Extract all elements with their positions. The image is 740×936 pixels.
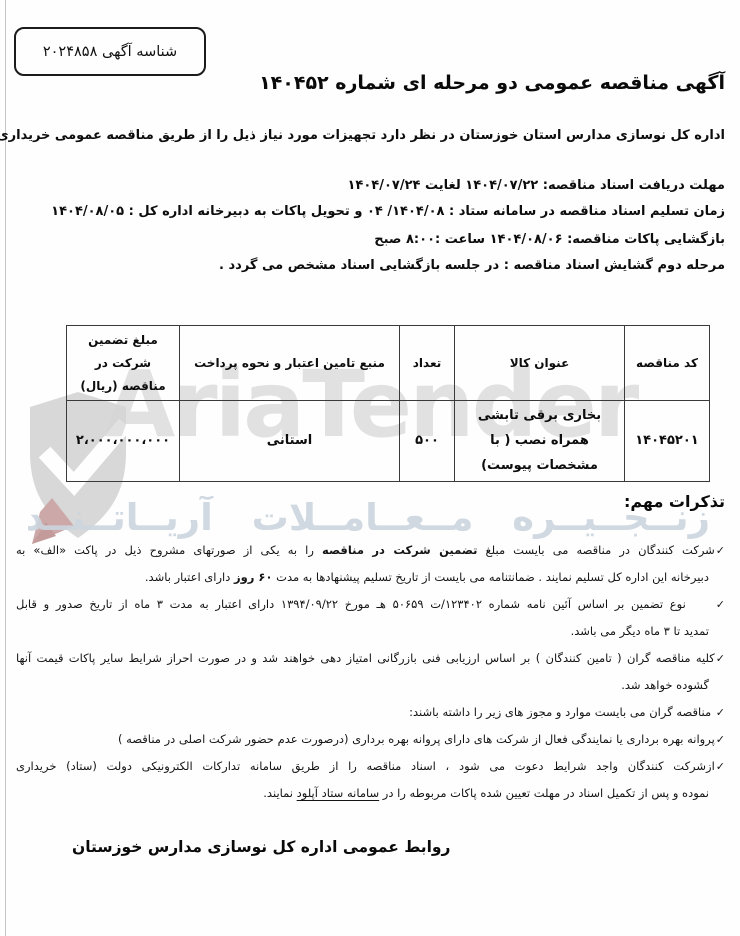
cell-funding-source: استانی xyxy=(180,401,400,482)
persian-watermark-text: زنــجــیــره مــعــامــلات آریــاتــنــد… xyxy=(28,496,710,539)
note-guarantee-line-2: دبیرخانه این اداره کل تسلیم نمایند . ضما… xyxy=(16,564,725,591)
note-bold-guarantee: تضمین شرکت در مناقصه xyxy=(322,543,477,557)
note-guarantee-type-line-1: ✓نوع تضمین بر اساس آئین نامه شماره ۱۲۳۴۰… xyxy=(16,591,725,618)
note-text: نموده و پس از تکمیل اسناد در مهلت تعیین … xyxy=(379,786,709,800)
cell-item-title: بخاری برقی تابشی همراه نصب ( با مشخصات پ… xyxy=(455,401,625,482)
footer-signature: روابط عمومی اداره کل نوسازی مدارس خوزستا… xyxy=(72,838,450,856)
note-bold-60-days: ۶۰ روز xyxy=(234,570,272,584)
note-text: ازشرکت کنندگان واجد شرایط دعوت می شود ، … xyxy=(16,759,715,773)
note-evaluation-line-1: ✓کلیه مناقصه گران ( تامین کنندگان ) بر ا… xyxy=(16,645,725,672)
notes-list: ✓شرکت کنندگان در مناقصه می بایست مبلغ تض… xyxy=(16,537,725,807)
note-text: پروانه بهره برداری یا نمایندگی فعال از ش… xyxy=(118,732,715,746)
table-row: ۱۴۰۴۵۲۰۱ بخاری برقی تابشی همراه نصب ( با… xyxy=(67,401,710,482)
note-guarantee-line-1: ✓شرکت کنندگان در مناقصه می بایست مبلغ تض… xyxy=(16,537,725,564)
col-header-funding-source: منبع تامین اعتبار و نحوه پرداخت xyxy=(180,326,400,401)
col-header-quantity: تعداد xyxy=(400,326,455,401)
checkmark-icon: ✓ xyxy=(716,726,725,753)
col-header-item-title: عنوان کالا xyxy=(455,326,625,401)
note-text: را به یکی از صورتهای مشروح ذیل در پاکت «… xyxy=(16,543,322,557)
note-text: شرکت کنندگان در مناقصه می بایست مبلغ xyxy=(477,543,714,557)
cell-guarantee-amount: ۲،۰۰۰،۰۰۰،۰۰۰ xyxy=(67,401,180,482)
intro-line: اداره کل نوسازی مدارس استان خوزستان در ن… xyxy=(0,128,725,143)
note-underlined-setad-upload: سامانه ستاد آپلود xyxy=(297,786,379,800)
note-requirements-intro: ✓ مناقصه گران می بایست موارد و مجوز های … xyxy=(16,699,725,726)
note-text: نوع تضمین بر اساس آئین نامه شماره ۱۲۳۴۰۲… xyxy=(16,597,686,611)
note-evaluation-line-2: گشوده خواهد شد. xyxy=(16,672,725,699)
opening-line: بازگشایی پاکات مناقصه: ۱۴۰۴/۰۸/۰۶ ساعت :… xyxy=(374,232,725,247)
deadline-line: مهلت دریافت اسناد مناقصه: ۱۴۰۴/۰۷/۲۲ لغا… xyxy=(347,178,725,193)
note-text: دارای اعتبار باشد. xyxy=(145,570,234,584)
tender-table: کد مناقصه عنوان کالا تعداد منبع تامین اع… xyxy=(66,325,710,482)
col-header-guarantee-amount: مبلغ تضمین شرکت در مناقصه (ریال) xyxy=(67,326,180,401)
note-setad-line-1: ✓ازشرکت کنندگان واجد شرایط دعوت می شود ،… xyxy=(16,753,725,780)
checkmark-icon: ✓ xyxy=(716,753,725,780)
page-title: آگهی مناقصه عمومی دو مرحله ای شماره ۱۴۰۴… xyxy=(259,72,725,94)
ad-id-text: شناسه آگهی ۲۰۲۴۸۵۸ xyxy=(43,44,177,60)
checkmark-icon: ✓ xyxy=(716,591,725,618)
note-text: نمایند. xyxy=(263,786,296,800)
col-header-tender-code: کد مناقصه xyxy=(625,326,710,401)
checkmark-icon: ✓ xyxy=(716,537,725,564)
note-license-line: ✓پروانه بهره برداری یا نمایندگی فعال از … xyxy=(16,726,725,753)
checkmark-icon: ✓ xyxy=(716,699,725,726)
table-header-row: کد مناقصه عنوان کالا تعداد منبع تامین اع… xyxy=(67,326,710,401)
cell-quantity: ۵۰۰ xyxy=(400,401,455,482)
note-guarantee-type-line-2: تمدید تا ۳ ماه دیگر می باشد. xyxy=(16,618,725,645)
second-stage-line: مرحله دوم گشایش اسناد مناقصه : در جلسه ب… xyxy=(219,258,725,273)
checkmark-icon: ✓ xyxy=(716,645,725,672)
note-setad-line-2: نموده و پس از تکمیل اسناد در مهلت تعیین … xyxy=(16,780,725,807)
note-text: دبیرخانه این اداره کل تسلیم نمایند . ضما… xyxy=(272,570,709,584)
ad-id-box: شناسه آگهی ۲۰۲۴۸۵۸ xyxy=(14,27,206,76)
cell-tender-code: ۱۴۰۴۵۲۰۱ xyxy=(625,401,710,482)
note-text: مناقصه گران می بایست موارد و مجوز های زی… xyxy=(409,705,711,719)
tender-document-page: AriaTender زنــجــیــره مــعــامــلات آر… xyxy=(0,0,740,936)
notes-heading: تذکرات مهم: xyxy=(624,492,725,511)
note-text: کلیه مناقصه گران ( تامین کنندگان ) بر اس… xyxy=(16,651,715,665)
submission-line: زمان تسلیم اسناد مناقصه در سامانه ستاد :… xyxy=(51,204,725,219)
